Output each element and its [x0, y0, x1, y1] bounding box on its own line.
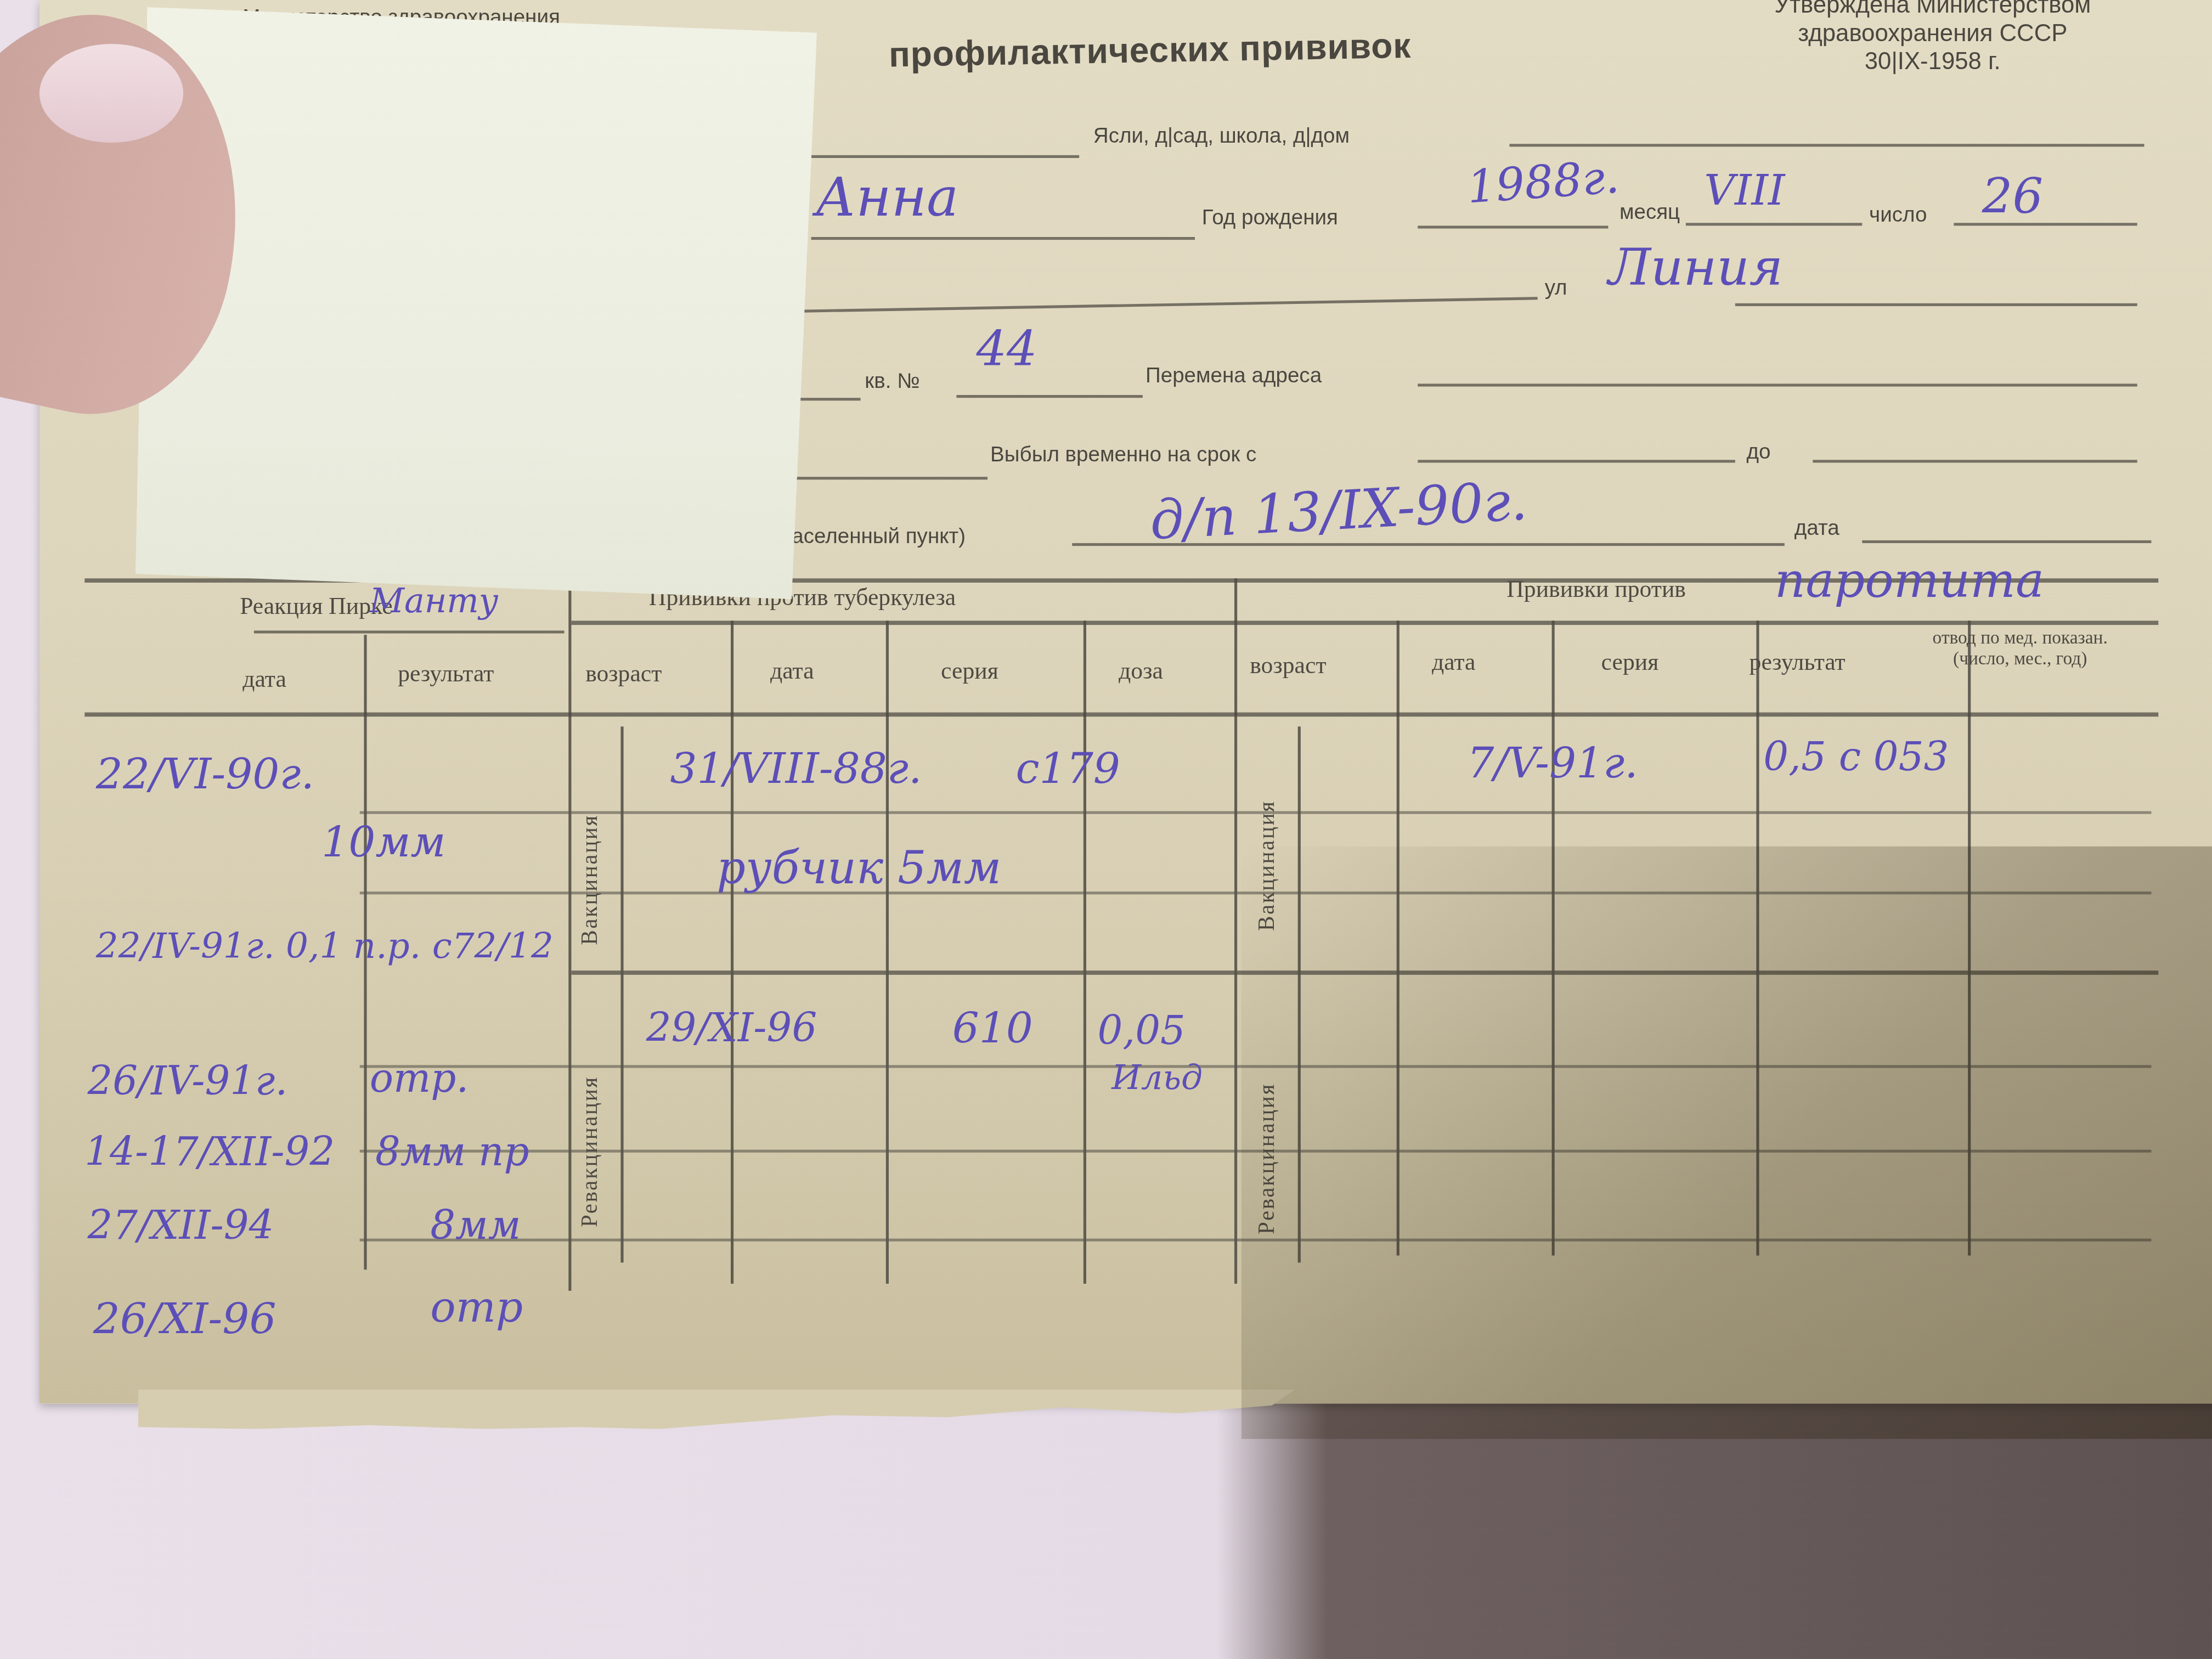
month-label: месяц — [1620, 200, 1680, 224]
mumps-vaccination-label: Вакцинация — [1256, 800, 1281, 931]
approval-line-3: 30|IX-1958 г. — [1700, 48, 2166, 76]
mantoux-entry-date: 14-17/XII-92 — [84, 1128, 335, 1175]
tb-revaccination-series: 610 — [952, 1005, 1033, 1054]
col-tb-series: серия — [941, 657, 998, 685]
day-label: число — [1869, 203, 1927, 227]
mantoux-entry-date: 26/XI-96 — [93, 1295, 276, 1345]
mantoux-entry-result: 8мм пр — [375, 1128, 529, 1175]
torn-paper-edge — [138, 1390, 1295, 1429]
mantoux-entry-result: 10мм — [321, 818, 445, 867]
settlement-label: (населенный пункт) — [773, 525, 966, 549]
tb-vaccination-date: 31/VIII-88г. — [670, 745, 922, 794]
apartment-value: 44 — [976, 321, 1037, 378]
mumps-revaccination-label: Ревакцинация — [1256, 1083, 1281, 1234]
nursery-label: Ясли, д|сад, школа, д|дом — [1093, 124, 1350, 148]
col-mumps-date: дата — [1432, 649, 1476, 677]
tb-revaccination-note: Ильд — [1111, 1058, 1203, 1098]
mantoux-entry-date: 27/XII-94 — [87, 1202, 274, 1249]
sticky-note — [135, 7, 817, 600]
col-mumps-series: серия — [1601, 649, 1659, 677]
name-value: Анна — [815, 166, 958, 228]
mantoux-entry-result: 8мм — [430, 1202, 521, 1249]
mantoux-entry-result: отр. — [370, 1055, 469, 1102]
mumps-vaccination-date: 7/V-91г. — [1467, 739, 1638, 788]
apartment-label: кв. № — [865, 370, 919, 394]
col-mantoux-result: результат — [398, 660, 494, 688]
address-change-label: Перемена адреса — [1145, 364, 1322, 388]
street-value: Линия — [1608, 240, 1783, 297]
mantoux-header-overwrite: Манту — [370, 581, 499, 620]
tb-revaccination-dose: 0,05 — [1098, 1007, 1186, 1054]
mantoux-entry-date: 22/VI-90г. — [96, 751, 314, 800]
col-mumps-age: возраст — [1250, 652, 1326, 680]
col-mantoux-date: дата — [242, 666, 286, 694]
fingernail — [39, 44, 183, 143]
mantoux-entry-date: 22/IV-91г. 0,1 п.р. с72/12 — [96, 903, 562, 990]
approval-line-1: Утверждена Министерством — [1700, 0, 2166, 20]
col-mumps-exemption: отвод по мед. показан. (число, мес., год… — [1908, 627, 2133, 669]
birth-year-label: Год рождения — [1202, 206, 1338, 230]
approval-stamp: Утверждена Министерством здравоохранения… — [1700, 0, 2166, 76]
photo-stage: Министерство здравоохранения профилактич… — [0, 0, 2212, 1659]
tb-vaccination-series: с179 — [1015, 745, 1120, 794]
tb-vaccination-label: Вакцинация — [578, 814, 603, 945]
street-label: ул — [1545, 276, 1567, 301]
mantoux-entry-result: отр — [430, 1284, 523, 1333]
tb-vaccination-scar-note: рубчик 5мм — [716, 841, 1001, 895]
mumps-vaccination-series: 0,5 с 053 — [1763, 733, 1949, 780]
col-tb-date: дата — [770, 657, 814, 685]
month-value: VIII — [1704, 166, 1785, 216]
day-value: 26 — [1982, 170, 2043, 226]
left-temporarily-label: Выбыл временно на срок с — [990, 443, 1256, 467]
mumps-header-handwritten: паротита — [1775, 553, 2044, 610]
col-tb-dose: доза — [1119, 657, 1163, 685]
date-label: дата — [1795, 516, 1839, 540]
col-mumps-result: результат — [1750, 649, 1846, 677]
birth-year-value: 1988г. — [1465, 150, 1621, 214]
tb-revaccination-label: Ревакцинация — [578, 1076, 603, 1227]
col-tb-age: возраст — [585, 660, 662, 688]
mantoux-entry-date: 26/IV-91г. — [87, 1058, 287, 1105]
tb-revaccination-date: 29/XI-96 — [646, 1005, 817, 1051]
approval-line-2: здравоохранения СССР — [1700, 20, 2166, 48]
until-label: до — [1746, 440, 1770, 464]
mumps-header-printed: Прививки против — [1506, 575, 1686, 603]
